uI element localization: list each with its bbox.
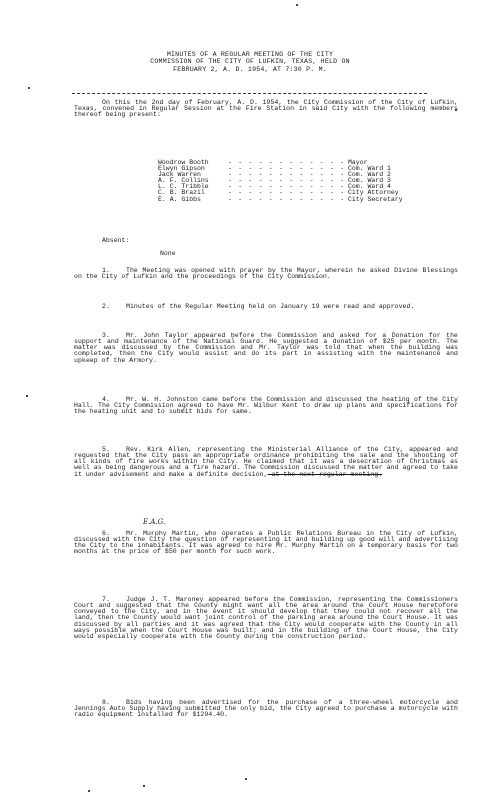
opening-paragraph: On this the 2nd day of February, A. D. 1… <box>74 100 458 118</box>
item-text: Mr. W. H. Johnston came before the Commi… <box>74 396 458 415</box>
minutes-item-1: 1.The Meeting was opened with prayer by … <box>74 268 458 280</box>
title-line: COMMISSION OF THE CITY OF LUFKIN, TEXAS,… <box>80 58 420 65</box>
title-line: MINUTES OF A REGULAR MEETING OF THE CITY <box>80 51 420 58</box>
minutes-item-2: 2.Minutes of the Regular Meeting held on… <box>74 304 458 310</box>
item-text: Mr. Murphy Martin, who operates a Public… <box>74 530 458 555</box>
item-text: Judge J. T. Maroney appeared before the … <box>74 596 458 640</box>
minutes-item-3: 3.Mr. John Taylor appeared before the Co… <box>74 333 458 364</box>
scan-speck <box>143 785 145 787</box>
scan-speck <box>245 778 247 780</box>
leader-dashes: - - - - - - - - - - - - - - - - - - - <box>228 197 347 203</box>
item-text: The Meeting was opened with prayer by th… <box>74 267 458 280</box>
minutes-item-7: 7.Judge J. T. Maroney appeared before th… <box>74 597 458 640</box>
title-line: FEBRUARY 2, A. D. 1954, AT 7:30 P. M. <box>80 66 420 73</box>
dashed-divider <box>72 93 427 94</box>
document-title: MINUTES OF A REGULAR MEETING OF THE CITY… <box>80 51 420 73</box>
minutes-item-4: 4.Mr. W. H. Johnston came before the Com… <box>74 397 458 415</box>
scan-speck <box>296 4 298 6</box>
absent-label: Absent: <box>102 237 129 244</box>
scan-speck <box>88 790 90 792</box>
members-present-list: Woodrow Booth - - - - - - - - - - - - - … <box>158 160 428 203</box>
minutes-item-6: 6.Mr. Murphy Martin, who operates a Publ… <box>74 531 458 556</box>
member-title: City Secretary <box>347 197 428 203</box>
item-text: Mr. John Taylor appeared before the Comm… <box>74 332 458 364</box>
item-text: Rev. Kirk Allen, representing the Minist… <box>74 446 458 478</box>
member-row: E. A. Gibbs - - - - - - - - - - - - - - … <box>158 197 428 203</box>
absent-value: None <box>160 250 176 257</box>
item-text: Bids having been advertised for the purc… <box>74 699 458 718</box>
scan-speck <box>28 87 30 89</box>
item-number: 2. <box>102 304 126 310</box>
document-page: MINUTES OF A REGULAR MEETING OF THE CITY… <box>0 0 493 800</box>
handwritten-initials: E.A.G. <box>143 518 165 526</box>
minutes-item-5: 5.Rev. Kirk Allen, representing the Mini… <box>74 447 458 478</box>
member-name: E. A. Gibbs <box>158 197 228 203</box>
scan-speck <box>455 109 457 111</box>
item-text: Minutes of the Regular Meeting held on J… <box>126 303 414 310</box>
scan-speck <box>26 395 28 397</box>
minutes-item-8: 8.Bids having been advertised for the pu… <box>74 700 458 718</box>
struck-text: at the next regular meeting. <box>268 471 383 478</box>
